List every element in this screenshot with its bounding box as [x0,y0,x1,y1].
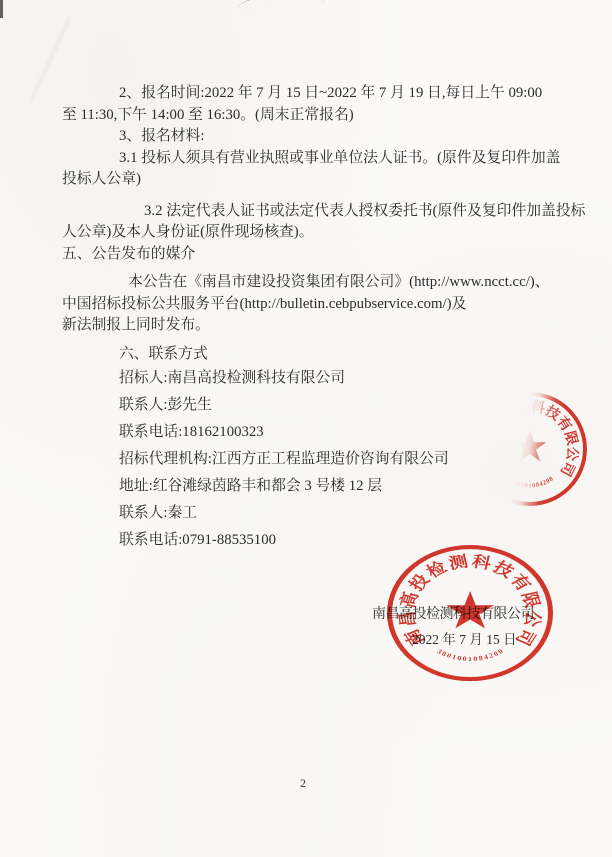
body-line-item-3-1a: 3.1 投标人须具有营业执照或事业单位法人证书。(原件及复印件加盖 [62,148,562,170]
body-line-media-1: 本公告在《南昌市建设投资集团有限公司》(http://www.ncct.cc/)… [62,272,562,294]
contact-line-tenderer: 招标人:南昌高投检测科技有限公司 [62,365,562,392]
seal-glyph: 公 [519,610,548,628]
seal-glyph: 司 [556,458,580,480]
scan-artifact-corner [0,0,3,18]
seal-glyph: 0 [473,655,478,663]
star-icon: ★ [442,580,498,641]
scanned-document-page: 2、报名时间:2022 年 7 月 15 日~2022 年 7 月 19 日,每… [0,0,612,857]
section-heading-five: 五、公告发布的媒介 [62,244,562,266]
body-line-media-2: 中国招标投标公共服务平台(http://bulletin.cebpubservi… [62,294,562,316]
seal-glyph: 南 [480,458,504,480]
seal-glyph: 昌 [477,446,498,462]
star-icon: ★ [511,422,549,472]
body-line-materials-heading: 3、报名材料: [62,126,562,148]
page-number: 2 [300,776,306,791]
company-seal-partial: ★ 南昌高投检测科技有限公司 3801001084200 [473,392,587,506]
seal-glyph: 昌 [392,610,421,628]
body-line-item-3-1b: 投标人公章) [62,169,562,191]
section-heading-six: 六、联系方式 [62,344,562,366]
body-line-item-3-2b: 人公章)及本人身份证(原件现场核查)。 [62,222,562,244]
seal-glyph: 南 [397,626,430,650]
body-line-registration-time-2: 至 11:30,下午 14:00 至 16:30。(周末正常报名) [62,105,562,127]
seal-glyph: 0 [462,655,467,663]
body-line-item-3-2a: 3.2 法定代表人证书或法定代表人授权委托书(原件及复印件加盖投标 [62,201,562,223]
seal-glyph: 测 [513,396,530,418]
scan-artifact-topline [237,0,326,9]
seal-glyph: 1 [468,655,472,662]
company-seal-main: ★ 南昌高投检测科技有限公司 3801001084200 [387,545,553,681]
contact-line-person-2: 联系人:秦工 [62,500,562,527]
seal-glyph: 司 [510,626,543,650]
body-line-media-3: 新法制报上同时发布。 [62,315,562,337]
body-line-registration-time-1: 2、报名时间:2022 年 7 月 15 日~2022 年 7 月 19 日,每… [62,83,562,105]
seal-glyph: 测 [446,549,470,574]
seal-glyph: 限 [516,589,547,610]
